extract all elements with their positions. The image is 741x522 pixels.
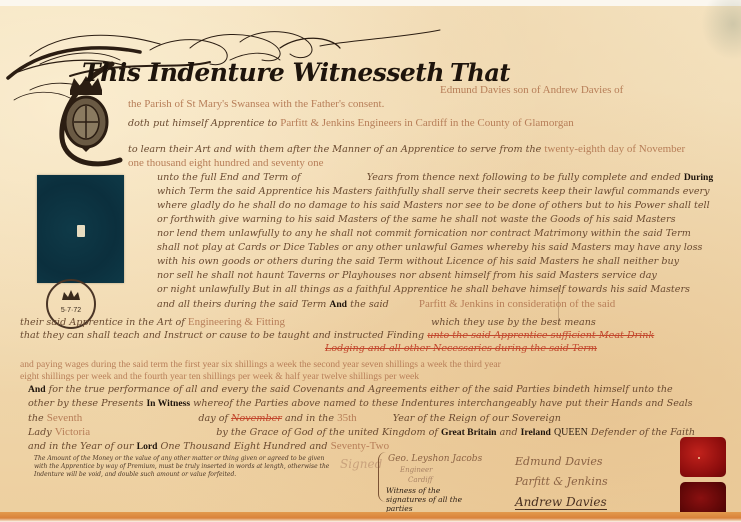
apprentice-name-fill: Edmund Davies son of Andrew Davies of xyxy=(440,84,623,96)
revenue-stamp-slot xyxy=(77,225,85,237)
queen-label: QUEEN xyxy=(554,427,588,438)
teach-label: that they can shall teach and Instruct o… xyxy=(20,330,384,341)
witness-signature: Geo. Leyshon Jacobs xyxy=(388,454,482,464)
wages-line: eight shillings per week and the fourth … xyxy=(20,371,419,382)
body-line: where gladly do he shall do no damage to… xyxy=(157,200,710,211)
heading-that: That xyxy=(450,58,510,87)
wages-fill-2: eight shillings per week and the fourth … xyxy=(20,371,419,382)
teach-line: that they can shall teach and Instruct o… xyxy=(20,330,654,341)
great-britain: Great Britain xyxy=(441,427,497,438)
apprentice-name-line: Edmund Davies son of Andrew Davies of xyxy=(440,84,623,96)
covenant-text-1: for the true performance of all and ever… xyxy=(49,384,673,395)
defender: Defender of the Faith xyxy=(591,427,695,438)
day-fill: Seventh xyxy=(47,412,82,424)
signed-label: Signed xyxy=(340,457,382,471)
apprentice-art-label: their said Apprentice in the Art of xyxy=(20,317,185,328)
body-line: shall not play at Cards or Dice Tables o… xyxy=(157,242,702,253)
learn-art-label: to learn their Art and with them after t… xyxy=(128,144,541,155)
crown-icon xyxy=(61,289,81,301)
body-line-and: and all theirs during the said Term And … xyxy=(157,298,615,310)
year-of-lord-pre: and in the Year of our xyxy=(28,441,134,452)
regnal-fill: 35th xyxy=(337,412,357,424)
body-line: with his own goods or others during the … xyxy=(157,256,679,267)
term-line: unto the full End and Term of Years from… xyxy=(157,172,713,183)
wages-fill-1: and paying wages during the said term th… xyxy=(20,359,501,370)
year-lord-line: and in the Year of our Lord One Thousand… xyxy=(28,440,389,452)
lodging-line: Lodging and all other Necessaries during… xyxy=(325,343,597,354)
revenue-stamp-paper xyxy=(37,175,124,283)
start-year-fill: one thousand eight hundred and seventy o… xyxy=(128,157,324,169)
party-signature-apprentice: Edmund Davies xyxy=(515,455,602,468)
art-line: their said Apprentice in the Art of Engi… xyxy=(20,316,596,328)
corner-stain xyxy=(701,0,741,60)
covenant-and: And xyxy=(28,384,46,395)
heading-text: This Indenture Witnesseth xyxy=(82,58,444,87)
covenant-line: other by these Presents In Witness where… xyxy=(28,398,693,409)
term-label: unto the full End and Term of xyxy=(157,172,301,183)
witness-label: Witness of the signatures of all the par… xyxy=(386,486,470,513)
and-in-the: and in the xyxy=(285,413,334,424)
and-the-said: the said xyxy=(350,299,389,310)
date-line: the Seventh day of November and in the 3… xyxy=(28,412,561,424)
queen-name-fill: Victoria xyxy=(55,426,90,438)
body-line: nor lend them unlawfully to any he shall… xyxy=(157,228,691,239)
start-year-line: one thousand eight hundred and seventy o… xyxy=(128,157,324,169)
apprentice-to-label: doth put himself Apprentice to xyxy=(128,118,277,129)
seal-highlight xyxy=(698,457,700,459)
paper-top-edge xyxy=(0,0,741,6)
body-line: which Term the said Apprentice his Maste… xyxy=(157,186,710,197)
start-date-fill: twenty-eighth day of November xyxy=(544,143,685,155)
wages-line: and paying wages during the said term th… xyxy=(20,359,501,370)
lodging-struck: Lodging and all other Necessaries during… xyxy=(325,343,597,354)
witness-place: Cardiff xyxy=(408,476,433,484)
day-of: day of xyxy=(198,413,228,424)
finding-label: Finding xyxy=(387,330,424,341)
year-of-lord-post: One Thousand Eight Hundred and xyxy=(161,441,328,452)
paper-bottom-edge xyxy=(0,512,741,522)
master-fill: Parfitt & Jenkins Engineers in Cardiff i… xyxy=(280,117,574,129)
wax-seal-top xyxy=(680,437,726,477)
lord-label: Lord xyxy=(137,441,158,452)
year-reign: Year of the Reign of our Sovereign xyxy=(393,413,561,424)
by-grace: by the Grace of God of the united Kingdo… xyxy=(216,427,438,438)
parish-line: the Parish of St Mary's Swansea with the… xyxy=(128,98,384,110)
body-line: nor sell he shall not haunt Taverns or P… xyxy=(157,270,657,281)
learn-art-line: to learn their Art and with them after t… xyxy=(128,143,685,155)
in-witness: In Witness xyxy=(146,398,190,409)
month-struck: November xyxy=(231,413,282,424)
and-label: And xyxy=(329,299,347,310)
body-line: or night unlawfully But in all things as… xyxy=(157,284,690,295)
art-fill: Engineering & Fitting xyxy=(188,316,285,328)
party-signature-father: Andrew Davies xyxy=(515,495,607,510)
and-word: and xyxy=(500,427,518,438)
year-fill: Seventy-Two xyxy=(331,440,390,452)
by-best-means: which they use by the best means xyxy=(431,317,596,328)
finding-struck: unto the said Apprentice sufficient Meat… xyxy=(427,330,654,341)
covenant-text-2-pre: other by these Presents xyxy=(28,398,143,409)
document-heading: This Indenture WitnessethThat xyxy=(82,58,510,87)
witness-occupation: Engineer xyxy=(400,466,432,474)
body-line-last: and all theirs during the said Term xyxy=(157,299,326,310)
lady-line: Lady Victoria by the Grace of God of the… xyxy=(28,426,695,438)
premium-footnote: The Amount of the Money or the value of … xyxy=(34,455,334,479)
term-label-2: Years from thence next following to be f… xyxy=(367,172,681,183)
party-signature-masters: Parfitt & Jenkins xyxy=(515,475,608,488)
ireland: Ireland xyxy=(521,427,551,438)
body-line: or forthwith give warning to his said Ma… xyxy=(157,214,676,225)
during-label: During xyxy=(684,172,713,183)
parfitt-jenkins-fill: Parfitt & Jenkins in consideration of th… xyxy=(419,298,615,310)
stamp-date: 5·7·72 xyxy=(48,307,94,314)
day-the: the xyxy=(28,413,44,424)
apprentice-to-line: doth put himself Apprentice to Parfitt &… xyxy=(128,117,574,129)
covenant-line: And for the true performance of all and … xyxy=(28,384,673,395)
covenant-text-2-post: whereof the Parties above named to these… xyxy=(193,398,692,409)
parish-fill: the Parish of St Mary's Swansea with the… xyxy=(128,98,384,110)
lady-label: Lady xyxy=(28,427,52,438)
